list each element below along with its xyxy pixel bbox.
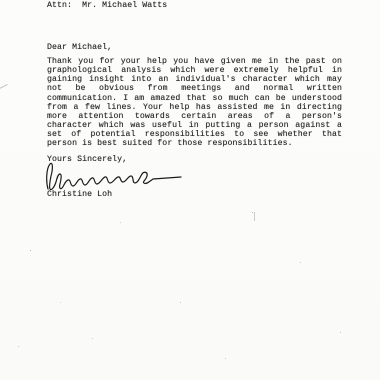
body-line: from a few lines. Your help has assisted… [47,103,342,112]
body-line: gaining insight into an individual's cha… [47,75,342,84]
body-line: more attention towards certain areas of … [47,112,342,121]
body-line: set of potential responsibilities to see… [47,130,342,139]
body-line: character which was useful in putting a … [47,121,342,130]
body-line: graphological analysis which were extrem… [47,66,342,75]
salutation: Dear Michael, [47,43,112,52]
letter-page: Attn: Mr. Michael Watts Dear Michael, Th… [0,0,380,380]
scan-scratch [0,84,8,89]
signature-name: Christine Loh [47,190,112,199]
letter-body: Thank you for your help you have given m… [47,57,342,148]
body-line: person is best suited for those responsi… [47,139,342,148]
body-line: Thank you for your help you have given m… [47,57,342,66]
body-line: communication. I am amazed that so much … [47,94,342,103]
scan-noise-speckles [30,250,31,251]
body-line: not be obvious from meetings and normal … [47,84,342,93]
attn-line: Attn: Mr. Michael Watts [47,1,167,10]
scan-smudge [254,212,255,221]
